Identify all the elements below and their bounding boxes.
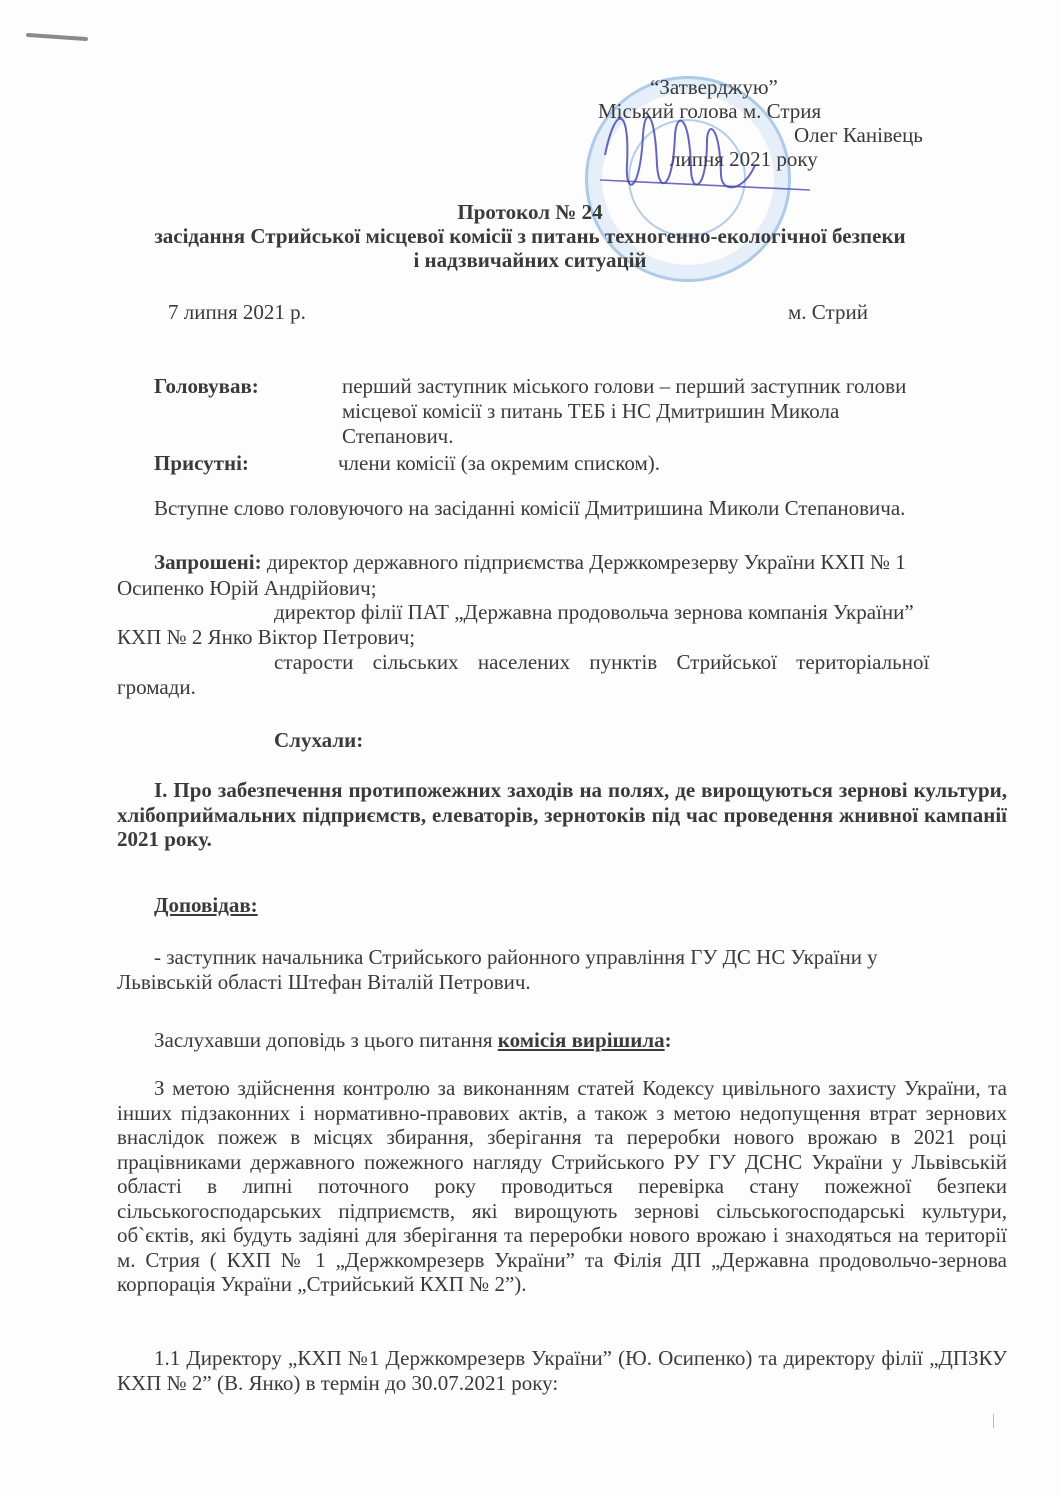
title-line-3: і надзвичайних ситуацій <box>60 248 1000 272</box>
scan-artifact <box>26 33 88 41</box>
heard-label: Слухали: <box>274 728 363 752</box>
invited-line-3: старости сільських населених пунктів Стр… <box>274 650 929 674</box>
page-mark <box>993 1414 994 1428</box>
approval-block: “Затверджую” Міський голова м. Стрия Оле… <box>590 75 950 171</box>
reported-label: Доповідав: <box>154 893 258 917</box>
invited-line-1b: Осипенко Юрій Андрійович; <box>117 576 377 600</box>
decision-intro: Заслухавши доповідь з цього питання комі… <box>154 1028 672 1052</box>
chaired-line-3: Степанович. <box>342 424 454 448</box>
agenda-item-1: І. Про забезпечення протипожежних заході… <box>117 778 1007 852</box>
approval-heading: “Затверджую” <box>590 75 950 99</box>
document-title: Протокол № 24 засідання Стрийської місце… <box>60 200 1000 272</box>
invited-line-2b: КХП № 2 Янко Віктор Петрович; <box>117 625 415 649</box>
approval-date: _____ липня 2021 рокулипня 2021 року <box>590 147 950 171</box>
meeting-date: 7 липня 2021 р. <box>168 300 306 324</box>
item-1-1: 1.1 Директору „КХП №1 Держкомрезерв Укра… <box>117 1346 1007 1395</box>
reporter-line-1: - заступник начальника Стрийського район… <box>154 945 878 969</box>
reporter-line-2: Львівській області Штефан Віталій Петров… <box>117 970 531 994</box>
chaired-line-2: місцевої комісії з питань ТЕБ і НС Дмитр… <box>342 399 839 423</box>
invited-line-2: директор філії ПАТ „Державна продовольча… <box>274 600 914 624</box>
opening-remarks: Вступне слово головуючого на засіданні к… <box>154 496 905 520</box>
meeting-place: м. Стрий <box>788 300 868 324</box>
invited-line-1: Запрошені: директор державного підприємс… <box>154 550 906 574</box>
approval-name: Олег Канівець <box>590 123 950 147</box>
protocol-number: Протокол № 24 <box>60 200 1000 224</box>
body-paragraph: З метою здійснення контролю за виконання… <box>117 1076 1007 1297</box>
chaired-line-1: перший заступник міського голови – перши… <box>342 374 906 398</box>
approval-position: Міський голова м. Стрия <box>590 99 950 123</box>
present-text: члени комісії (за окремим списком). <box>338 451 660 475</box>
decision-emphasis: комісія вирішила <box>498 1028 665 1052</box>
chaired-label: Головував: <box>154 374 259 398</box>
present-label: Присутні: <box>154 451 249 475</box>
invited-line-3b: громади. <box>117 675 196 699</box>
title-line-2: засідання Стрийської місцевої комісії з … <box>60 224 1000 248</box>
